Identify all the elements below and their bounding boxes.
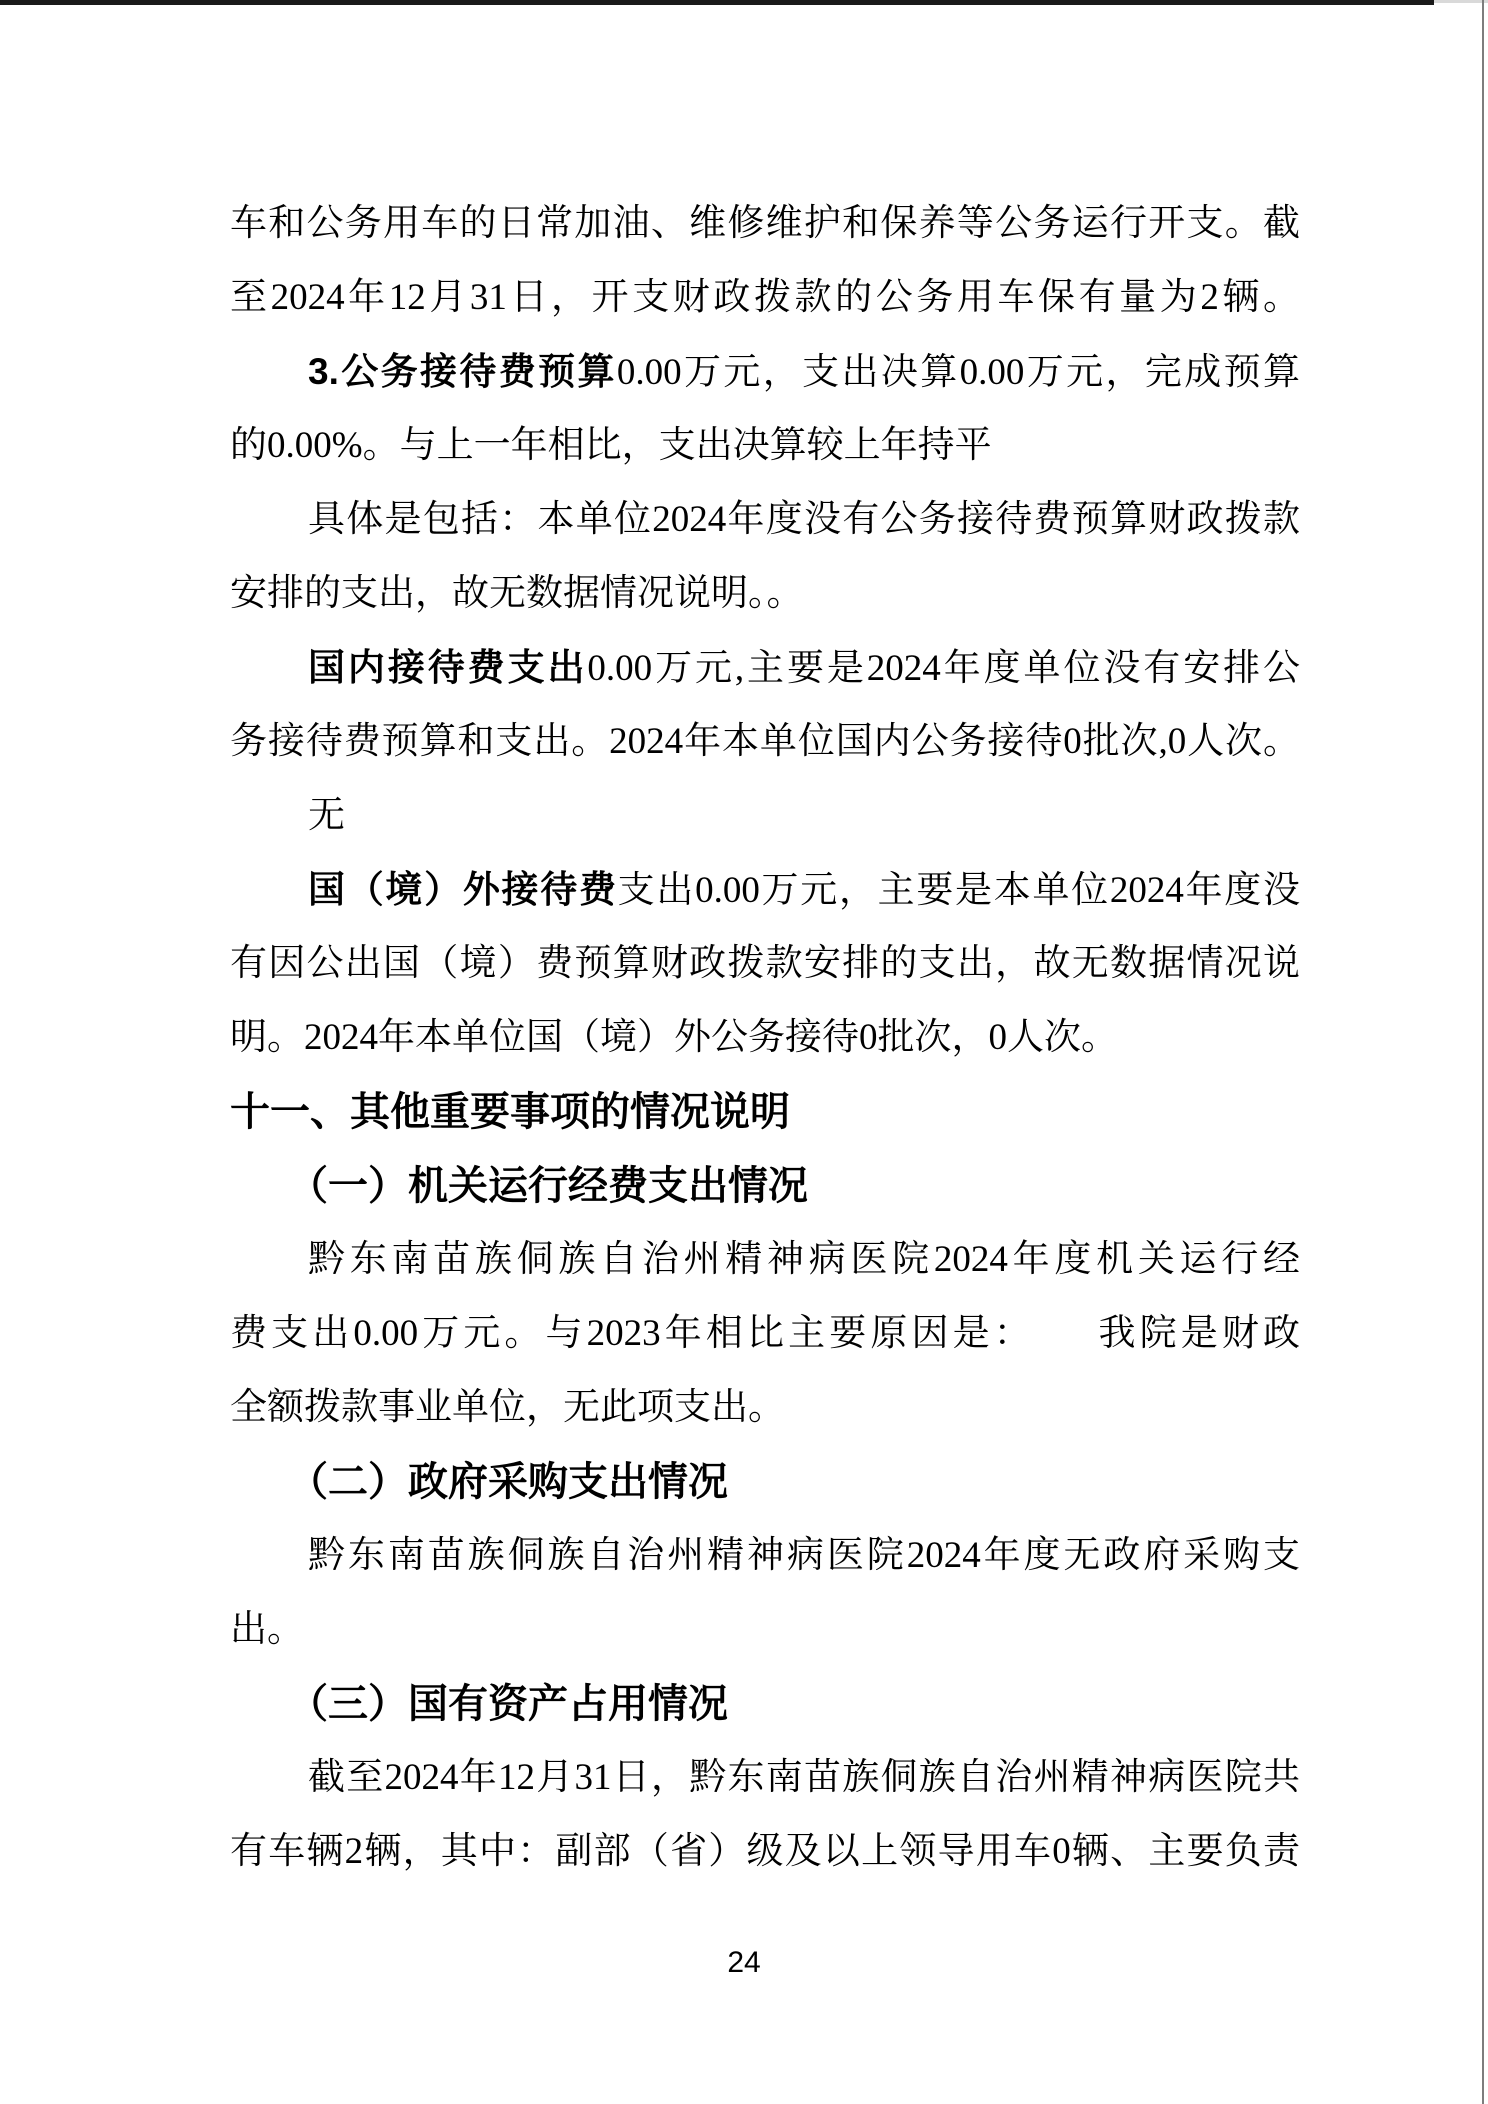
top-accent-bar-right-segment [1434, 0, 1488, 3]
text-line: 车和公务用车的日常加油、维修维护和保养等公务运行开支。截 [230, 187, 1300, 261]
text-line: 3.公务接待费预算0.00万元，支出决算0.00万元，完成预算 [230, 335, 1300, 409]
text-segment: 至2024年12月31日，开支财政拨款的公务用车保有量为2辆。 [230, 277, 1300, 318]
text-segment-bold: 国（境）外接待费 [308, 869, 618, 910]
text-line: 国内接待费支出0.00万元,主要是2024年度单位没有安排公 [230, 631, 1300, 705]
text-segment: 务接待费预算和支出。2024年本单位国内公务接待0批次,0人次。 [230, 721, 1300, 762]
text-line: 安排的支出，故无数据情况说明。。 [230, 557, 1300, 631]
text-line: 务接待费预算和支出。2024年本单位国内公务接待0批次,0人次。 [230, 705, 1300, 779]
text-segment: 费支出0.00万元。与2023年相比主要原因是： 我院是财政 [230, 1313, 1300, 1354]
text-line: 明。2024年本单位国（境）外公务接待0批次，0人次。 [230, 1001, 1300, 1075]
text-line: 全额拨款事业单位，无此项支出。 [230, 1371, 1300, 1445]
text-line: 有因公出国（境）费预算财政拨款安排的支出，故无数据情况说 [230, 927, 1300, 1001]
text-segment: 有车辆2辆，其中：副部（省）级及以上领导用车0辆、主要负责 [230, 1831, 1300, 1872]
text-line: 出。 [230, 1593, 1300, 1667]
text-segment: 全额拨款事业单位，无此项支出。 [230, 1387, 785, 1428]
text-segment: 安排的支出，故无数据情况说明。。 [230, 573, 804, 614]
text-segment: 0.00万元，支出决算0.00万元，完成预算 [617, 352, 1300, 393]
text-segment: 车和公务用车的日常加油、维修维护和保养等公务运行开支。截 [230, 203, 1300, 244]
text-segment: 黔东南苗族侗族自治州精神病医院2024年度无政府采购支 [308, 1535, 1300, 1576]
text-segment: 黔东南苗族侗族自治州精神病医院2024年度机关运行经 [308, 1239, 1300, 1280]
text-line: 费支出0.00万元。与2023年相比主要原因是： 我院是财政 [230, 1297, 1300, 1371]
text-segment: 出。 [230, 1609, 304, 1650]
text-line: 具体是包括：本单位2024年度没有公务接待费预算财政拨款 [230, 483, 1300, 557]
text-line: 黔东南苗族侗族自治州精神病医院2024年度无政府采购支 [230, 1519, 1300, 1593]
text-segment: 有因公出国（境）费预算财政拨款安排的支出，故无数据情况说 [230, 943, 1300, 984]
section-heading-11-other-important-matters: 十一、其他重要事项的情况说明 [230, 1075, 1300, 1149]
text-segment-bold: 国内接待费支出 [308, 647, 587, 688]
text-segment-bold: 3.公务接待费预算 [308, 351, 617, 392]
section-heading-agency-operating-expense: （一）机关运行经费支出情况 [230, 1149, 1300, 1223]
section-heading-government-procurement: （二）政府采购支出情况 [230, 1445, 1300, 1519]
section-heading-state-owned-assets: （三）国有资产占用情况 [230, 1667, 1300, 1741]
text-line: 截至2024年12月31日，黔东南苗族侗族自治州精神病医院共 [230, 1741, 1300, 1815]
heading-text: （一）机关运行经费支出情况 [288, 1164, 808, 1208]
text-line: 至2024年12月31日，开支财政拨款的公务用车保有量为2辆。 [230, 261, 1300, 335]
heading-text: （二）政府采购支出情况 [288, 1460, 728, 1504]
text-segment: 明。2024年本单位国（境）外公务接待0批次，0人次。 [230, 1017, 1118, 1058]
text-line: 的0.00%。与上一年相比，支出决算较上年持平 [230, 409, 1300, 483]
text-segment: 截至2024年12月31日，黔东南苗族侗族自治州精神病医院共 [308, 1757, 1300, 1798]
top-accent-bar [0, 0, 1434, 5]
document-text-body: 车和公务用车的日常加油、维修维护和保养等公务运行开支。截 至2024年12月31… [230, 187, 1300, 1889]
text-segment: 0.00万元,主要是2024年度单位没有安排公 [587, 648, 1300, 689]
text-segment: 具体是包括：本单位2024年度没有公务接待费预算财政拨款 [308, 499, 1300, 540]
text-line: 无 [230, 779, 1300, 853]
text-segment: 无 [308, 795, 345, 836]
text-line: 国（境）外接待费支出0.00万元，主要是本单位2024年度没 [230, 853, 1300, 927]
text-line: 有车辆2辆，其中：副部（省）级及以上领导用车0辆、主要负责 [230, 1815, 1300, 1889]
page-edge-line [1482, 0, 1484, 2104]
heading-text: （三）国有资产占用情况 [288, 1682, 728, 1726]
page-number: 24 [0, 1946, 1488, 1980]
text-segment: 支出0.00万元，主要是本单位2024年度没 [618, 870, 1300, 911]
text-segment: 的0.00%。与上一年相比，支出决算较上年持平 [230, 425, 992, 466]
heading-text: 十一、其他重要事项的情况说明 [230, 1090, 790, 1134]
text-line: 黔东南苗族侗族自治州精神病医院2024年度机关运行经 [230, 1223, 1300, 1297]
